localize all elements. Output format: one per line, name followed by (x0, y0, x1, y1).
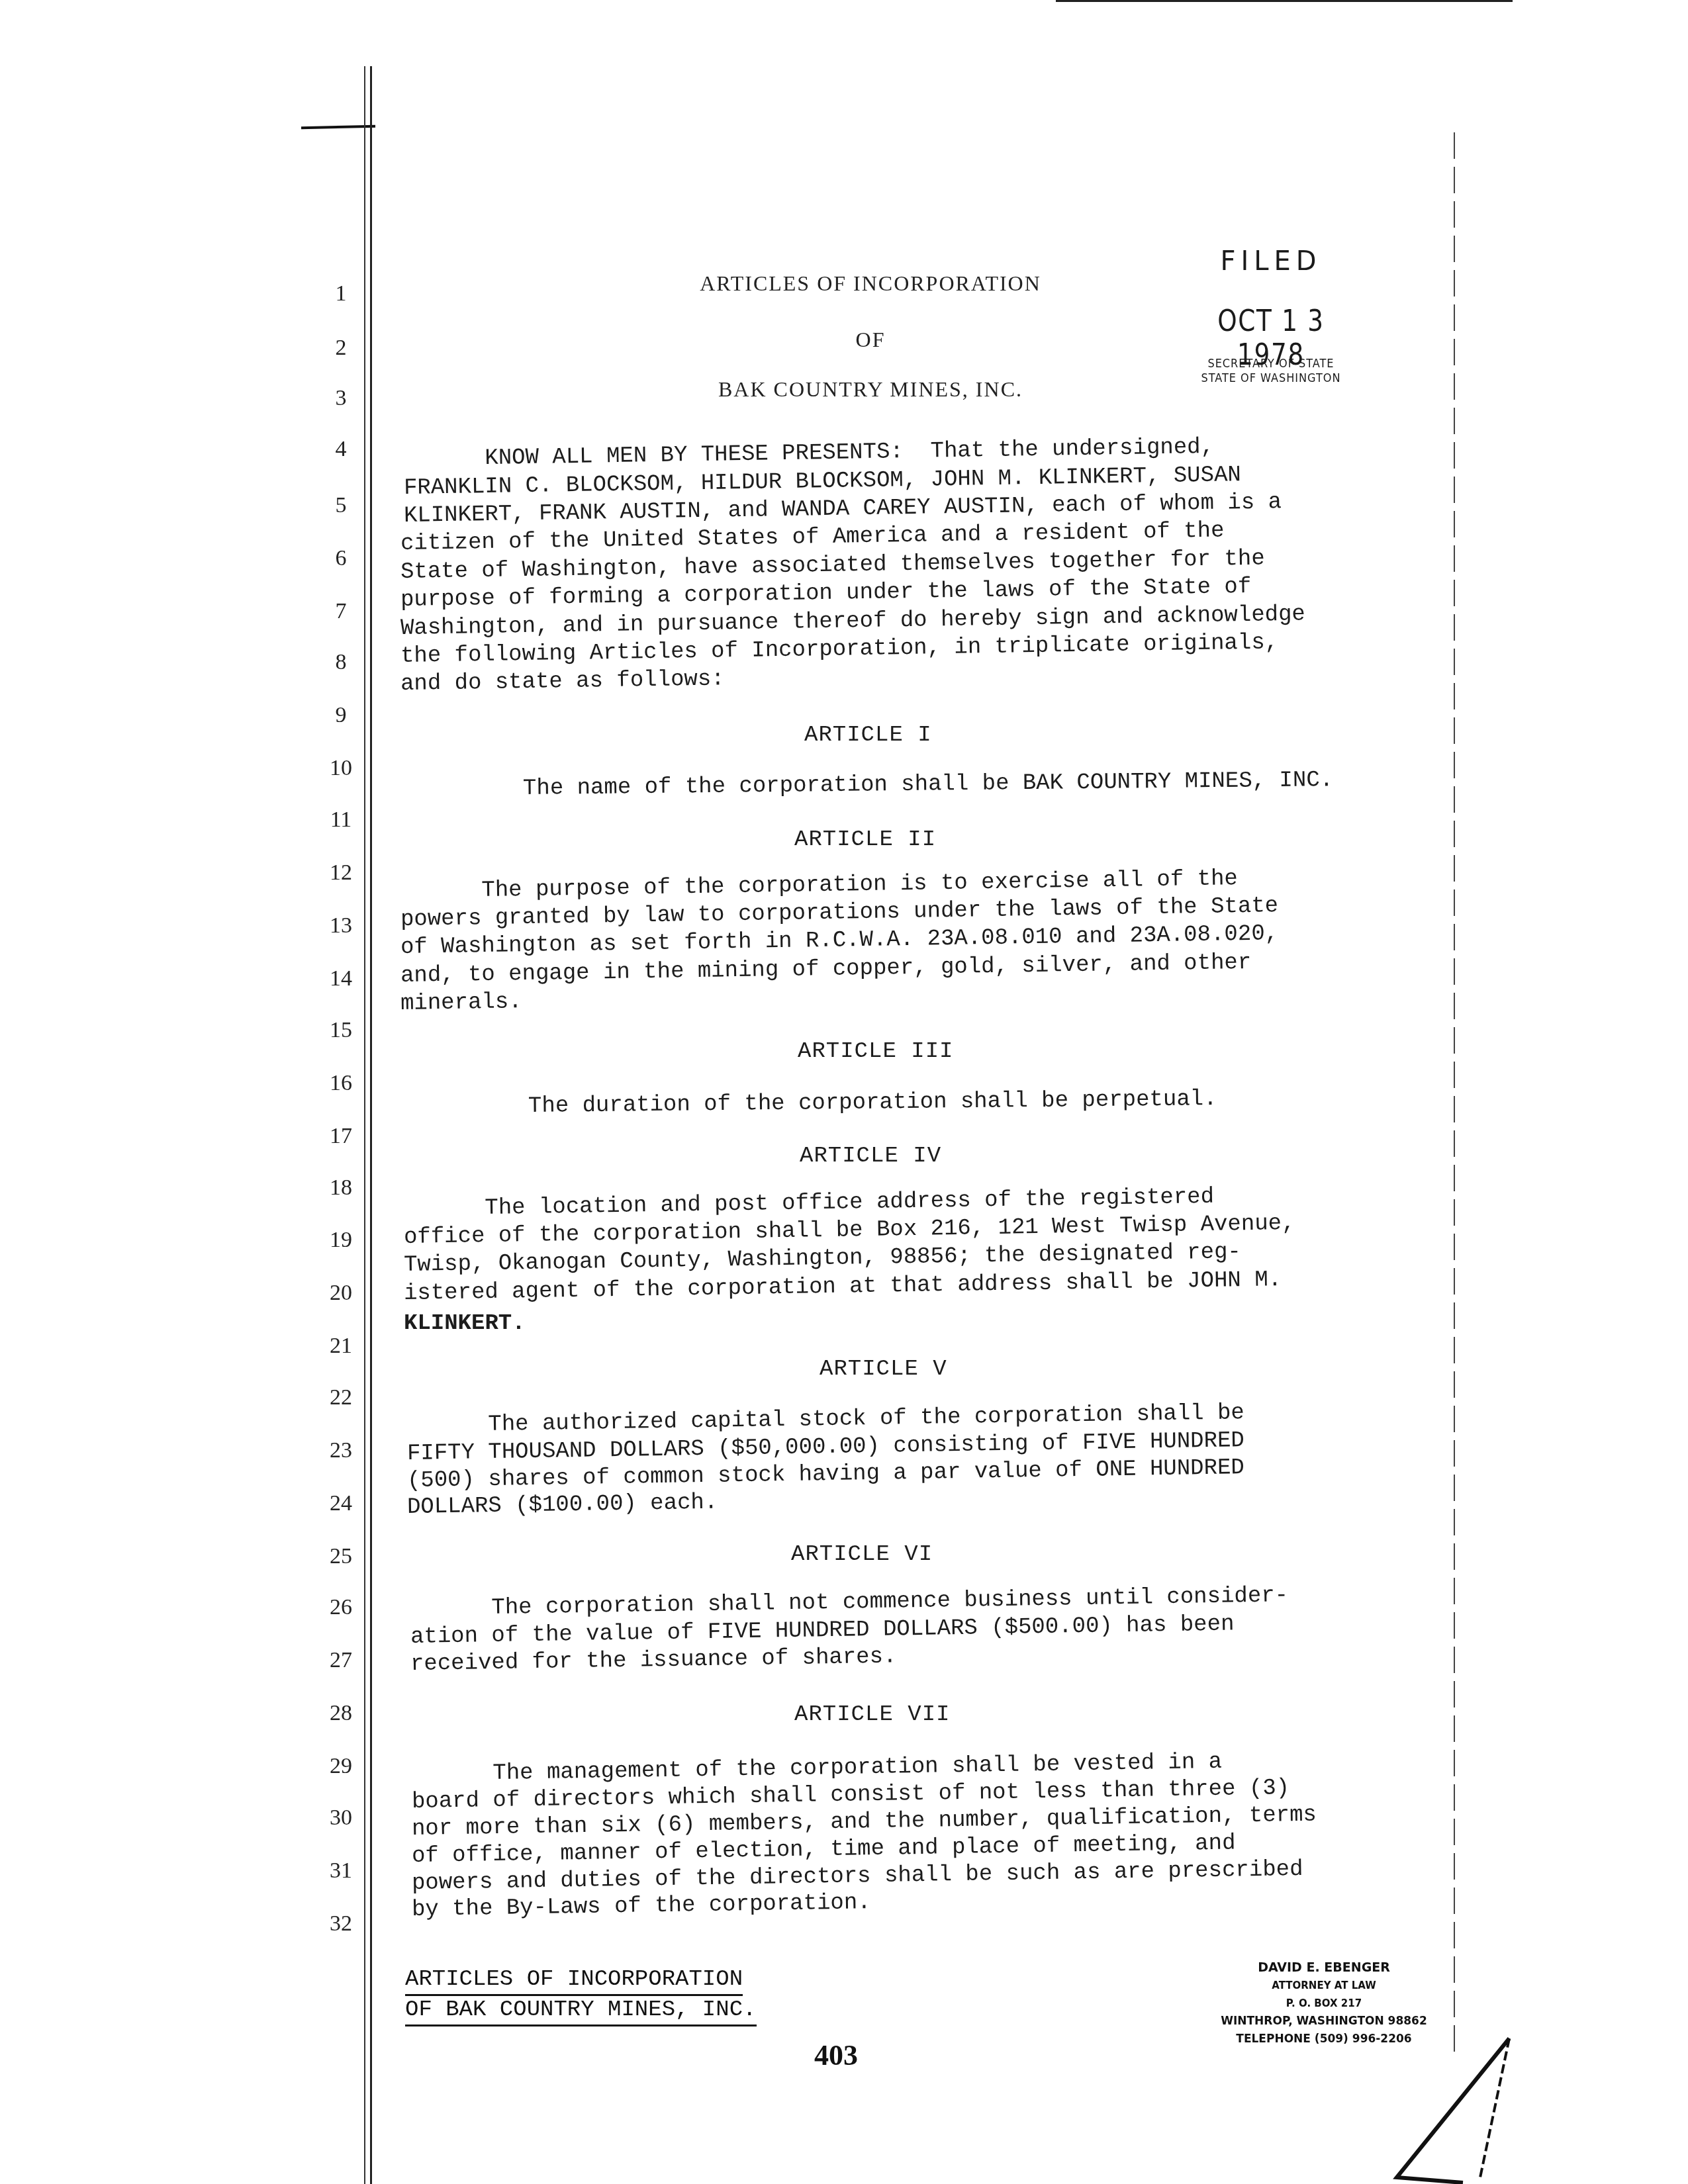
attorney-city: WINTHROP, WASHINGTON 98862 (1185, 2013, 1463, 2030)
line-number: 31 (324, 1858, 357, 1884)
footer-caption: ARTICLES OF INCORPORATION OF BAK COUNTRY… (405, 1966, 757, 2026)
stamp-state: STATE OF WASHINGTON (1183, 372, 1359, 385)
page-number: 403 (814, 2038, 858, 2072)
line-number: 4 (324, 437, 357, 462)
attorney-name: DAVID E. EBENGER (1185, 1959, 1463, 1977)
line-number: 11 (324, 807, 357, 833)
line-number: 15 (324, 1018, 357, 1043)
left-margin-rule (364, 66, 365, 2184)
line-number: 14 (324, 966, 357, 991)
line-number: 20 (324, 1281, 357, 1306)
line-number: 22 (324, 1385, 357, 1410)
article-heading: ARTICLE V (820, 1357, 947, 1382)
line-number: 2 (324, 336, 357, 361)
line-number: 25 (324, 1544, 357, 1569)
line-number: 3 (324, 386, 357, 411)
line-number: 23 (324, 1438, 357, 1463)
left-margin-rule-inner (370, 66, 372, 2184)
footer-caption-line: OF BAK COUNTRY MINES, INC. (405, 1996, 757, 2026)
line-number: 1 (324, 281, 357, 306)
line-number: 5 (324, 493, 357, 518)
line-number: 10 (324, 756, 357, 781)
line-number: 29 (324, 1754, 357, 1779)
title-line: ARTICLES OF INCORPORATION (662, 271, 1079, 296)
article-heading: ARTICLE I (804, 723, 932, 748)
article-text-line: minerals. (400, 989, 522, 1017)
line-number: 12 (324, 860, 357, 886)
line-number: 24 (324, 1491, 357, 1516)
preamble-line: and do state as follows: (400, 666, 725, 698)
line-number: 26 (324, 1595, 357, 1620)
line-number: 30 (324, 1805, 357, 1831)
article-heading: ARTICLE IV (800, 1144, 941, 1169)
article-heading: ARTICLE VII (794, 1702, 950, 1727)
line-number: 7 (324, 599, 357, 624)
article-heading: ARTICLE II (794, 827, 936, 852)
stamp-office: SECRETARY OF STATE (1183, 357, 1359, 371)
right-margin-rule (1454, 132, 1455, 2052)
line-number: 9 (324, 703, 357, 728)
attorney-box: P. O. BOX 217 (1185, 1995, 1463, 2013)
line-number: 21 (324, 1334, 357, 1359)
article-text-line: The name of the corporation shall be BAK… (523, 767, 1334, 802)
line-number: 16 (324, 1071, 357, 1096)
line-number: 13 (324, 913, 357, 938)
article-text-line: The duration of the corporation shall be… (528, 1086, 1217, 1120)
line-number: 32 (324, 1911, 357, 1936)
footer-caption-line: ARTICLES OF INCORPORATION (405, 1966, 743, 1996)
line-number: 8 (324, 650, 357, 675)
stamp-label: FILED (1178, 246, 1364, 277)
title-line: BAK COUNTRY MINES, INC. (662, 377, 1079, 402)
article-text-line: DOLLARS ($100.00) each. (407, 1490, 718, 1521)
article-heading: ARTICLE VI (791, 1542, 933, 1567)
line-number: 28 (324, 1701, 357, 1726)
title-line: OF (662, 328, 1079, 352)
top-edge-rule (1056, 0, 1513, 2)
article-text-line: KLINKERT. (404, 1310, 526, 1337)
line-number: 18 (324, 1175, 357, 1201)
attorney-title: ATTORNEY AT LAW (1185, 1977, 1463, 1995)
line-number: 27 (324, 1648, 357, 1673)
line-number: 6 (324, 546, 357, 571)
article-heading: ARTICLE III (798, 1039, 953, 1064)
corner-pen-mark-icon (1370, 2032, 1516, 2184)
line-number: 17 (324, 1124, 357, 1149)
line-number: 19 (324, 1228, 357, 1253)
